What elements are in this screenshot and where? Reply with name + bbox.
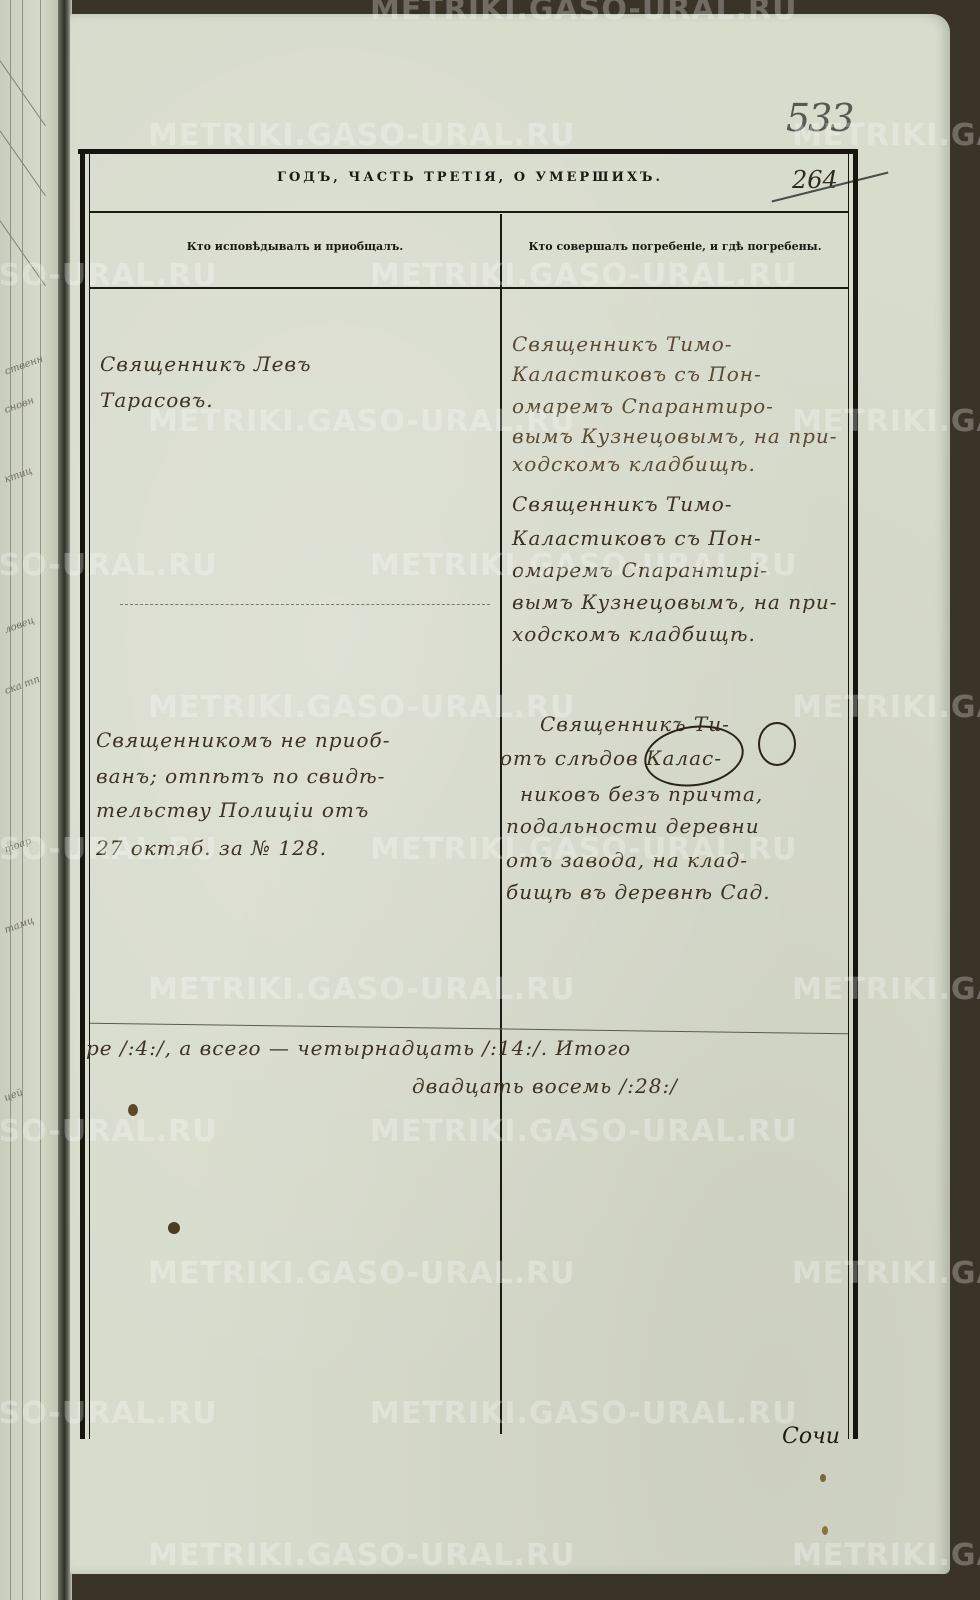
ruling-line (22, 0, 23, 1600)
entry-3-burial-line: бищѣ въ деревнѣ Сад. (506, 874, 771, 910)
entry-3-confessor-line: 27 октяб. за № 128. (96, 830, 327, 866)
column-header-burial: Кто совершалъ погребеніе, и гдѣ погребен… (502, 240, 848, 253)
ink-stain (822, 1526, 828, 1535)
table-border-top (78, 149, 858, 154)
margin-scribble: тоар (3, 836, 33, 856)
entry-3-burial-line: никовъ безъ причта, (520, 776, 763, 812)
page-title: ГОДЪ, ЧАСТЬ ТРЕТІЯ, О УМЕРШИХЪ. (90, 170, 850, 185)
summary-line-2: двадцать восемь /:28:/ (412, 1068, 678, 1104)
ditto-line (120, 604, 490, 606)
entry-3-confessor-line: Священникомъ не приоб- (96, 722, 390, 758)
ruling-line (10, 0, 11, 1600)
entry-1-confessor-line: Тарасовъ. (100, 382, 214, 418)
entry-2-burial-line: Священникъ Тимо- (512, 486, 733, 522)
circled-annotation (758, 722, 796, 766)
column-divider (500, 214, 502, 1434)
entry-1-confessor-line: Священникъ Левъ (100, 346, 311, 382)
table-border-left-inner (89, 154, 90, 1439)
entry-3-confessor-line: тельству Полиціи отъ (96, 792, 369, 828)
entry-3-confessor-line: ванъ; отпѣтъ по свидѣ- (96, 758, 385, 794)
ruling-line (40, 0, 41, 1600)
margin-scribble: ктиц (3, 465, 34, 485)
entry-1-burial-line: ходскомъ кладбищѣ. (512, 446, 756, 482)
entry-3-burial-line: подальности деревни (506, 808, 760, 844)
ink-stain (128, 1104, 138, 1116)
entry-2-burial-line: ходскомъ кладбищѣ. (512, 616, 756, 652)
table-border-right (853, 149, 858, 1439)
entry-2-burial-line: омаремъ Спарантирі- (512, 552, 768, 588)
column-header-divider (90, 287, 848, 289)
margin-scribble: ловец (3, 615, 36, 636)
column-header-confessor: Кто исповѣдывалъ и приобщалъ. (90, 240, 500, 253)
margin-scribble: тамц (3, 915, 36, 936)
entry-3-burial-line: отъ завода, на клад- (506, 842, 748, 878)
summary-line-1: ре /:4:/, а всего — четырнадцать /:14:/.… (86, 1030, 631, 1066)
entry-1-burial-line: Каластиковъ съ Пон- (512, 356, 762, 392)
left-facing-page: ственн сновн ктиц ловец ска тп тоар тамц… (0, 0, 66, 1600)
entry-2-burial-line: Каластиковъ съ Пон- (512, 520, 762, 556)
signature: Сочи (782, 1424, 840, 1449)
folio-number: 533 (786, 96, 853, 140)
entry-2-burial-line: вымъ Кузнецовымъ, на при- (512, 584, 838, 620)
table-border-right-inner (848, 154, 849, 1439)
margin-scribble: сновн (3, 395, 36, 416)
header-divider (90, 211, 848, 213)
ink-stain (820, 1474, 826, 1482)
ink-stain (168, 1222, 180, 1234)
table-border-left (80, 149, 85, 1439)
